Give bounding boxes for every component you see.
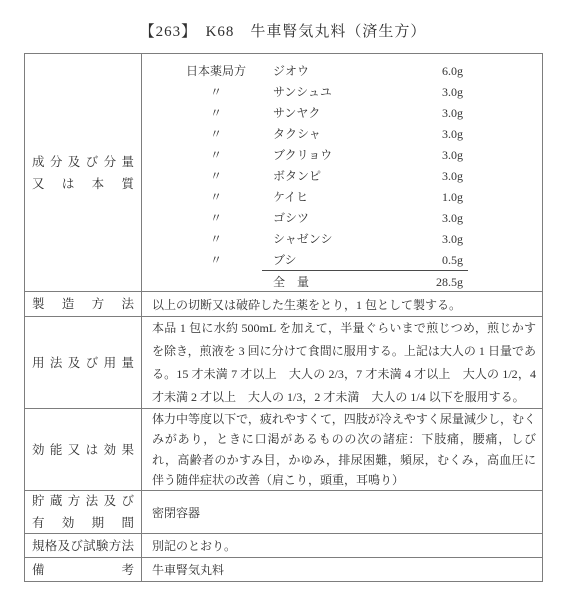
ingredient-amount: 3.0g [442,166,463,187]
table-row-usage: 用法及び用量 本品 1 包に水約 500mL を加えて，半量ぐらいまで煎じつめ，… [25,317,542,409]
ingredient-amount: 3.0g [442,103,463,124]
row-header-line: 備考 [32,559,134,581]
ingredient-row: 〃 ボタンピ 3.0g [142,166,542,187]
pharmacopoeia-label: 〃 [180,229,252,250]
ingredient-main: ゴシツ 3.0g [262,208,468,229]
ingredient-main: サンヤク 3.0g [262,103,468,124]
ingredient-name: シャゼンシ [273,229,442,250]
ingredient-main: ブシ 0.5g [262,250,468,271]
ingredient-amount: 0.5g [442,250,463,270]
ingredient-main: シャゼンシ 3.0g [262,229,468,250]
ingredient-main: タクシャ 3.0g [262,124,468,145]
ingredient-main: ケイヒ 1.0g [262,187,468,208]
usage-content: 本品 1 包に水約 500mL を加えて，半量ぐらいまで煎じつめ，煎じかすを除き… [142,317,542,408]
ingredient-main: ジオウ 6.0g [262,61,468,82]
row-header-storage: 貯蔵方法及び 有効期間 [25,491,142,533]
ingredient-row: 〃 ブシ 0.5g [142,250,542,271]
ingredient-name: タクシャ [273,124,442,145]
ingredients-total-row: 全 量 28.5g [142,272,542,293]
page-title: 【263】 K68 牛車腎気丸料（済生方） [0,20,566,41]
ingredient-name: ブクリョウ [273,145,442,166]
ingredient-row: 〃 シャゼンシ 3.0g [142,229,542,250]
ingredients-rows: 日本薬局方 ジオウ 6.0g 〃 サンシュユ 3.0g 〃 サンヤク [142,61,542,271]
pharmacopoeia-label: 〃 [180,208,252,229]
row-header-line: 用法及び用量 [32,352,134,374]
pharmacopoeia-label: 〃 [180,250,252,271]
table-row-storage: 貯蔵方法及び 有効期間 密閉容器 [25,491,542,534]
row-header-remarks: 備考 [25,558,142,581]
pharmacopoeia-label: 〃 [180,145,252,166]
table-row-efficacy: 効能又は効果 体力中等度以下で，疲れやすくて，四肢が冷えやすく尿量減少し，むくみ… [25,409,542,491]
ingredient-amount: 3.0g [442,145,463,166]
ingredient-amount: 3.0g [442,229,463,250]
row-header-standards: 規格及び試験方法 [25,534,142,557]
row-header-line: 規格及び試験方法 [32,535,134,557]
table-row-standards: 規格及び試験方法 別記のとおり。 [25,534,542,558]
row-header-usage: 用法及び用量 [25,317,142,408]
row-header-line: 成分及び分量 [32,151,134,173]
ingredient-name: ブシ [273,250,442,270]
ingredient-row: 〃 サンシュユ 3.0g [142,82,542,103]
ingredient-row: 日本薬局方 ジオウ 6.0g [142,61,542,82]
ingredient-name: ケイヒ [273,187,442,208]
standards-content: 別記のとおり。 [142,534,542,557]
ingredient-name: ボタンピ [273,166,442,187]
table-row-remarks: 備考 牛車腎気丸料 [25,558,542,581]
efficacy-content: 体力中等度以下で，疲れやすくて，四肢が冷えやすく尿量減少し，むくみがあり，ときに… [142,409,542,490]
row-header-line: 効能又は効果 [32,439,134,461]
pharmacopoeia-label: 日本薬局方 [180,61,252,82]
row-header-line: 貯蔵方法及び [32,490,134,512]
ingredient-amount: 3.0g [442,82,463,103]
row-header-line: 有効期間 [32,512,134,534]
pharmacopoeia-label: 〃 [180,187,252,208]
standards-text: 別記のとおり。 [142,534,542,557]
ingredient-name: ゴシツ [273,208,442,229]
pharmacopoeia-label: 〃 [180,103,252,124]
pharmacopoeia-label: 〃 [180,82,252,103]
ingredients-list: 日本薬局方 ジオウ 6.0g 〃 サンシュユ 3.0g 〃 サンヤク [142,54,542,291]
manufacturing-content: 以上の切断又は破砕した生薬をとり，1 包として製する。 [142,292,542,316]
ingredient-amount: 1.0g [442,187,463,208]
row-header-ingredients: 成分及び分量 又は本質 [25,54,142,291]
spec-table: 成分及び分量 又は本質 日本薬局方 ジオウ 6.0g 〃 サンシュユ 3.0g [24,53,543,582]
storage-text: 密閉容器 [142,491,542,533]
row-header-line: 又は本質 [32,173,134,195]
ingredient-name: サンヤク [273,103,442,124]
row-header-efficacy: 効能又は効果 [25,409,142,490]
manufacturing-text: 以上の切断又は破砕した生薬をとり，1 包として製する。 [142,292,542,316]
storage-content: 密閉容器 [142,491,542,533]
ingredient-row: 〃 サンヤク 3.0g [142,103,542,124]
row-header-line: 製造方法 [32,293,134,315]
row-header-manufacturing: 製造方法 [25,292,142,316]
ingredient-name: ジオウ [273,61,442,82]
efficacy-text: 体力中等度以下で，疲れやすくて，四肢が冷えやすく尿量減少し，むくみがあり，ときに… [152,409,536,491]
ingredient-main: ボタンピ 3.0g [262,166,468,187]
ingredient-row: 〃 ゴシツ 3.0g [142,208,542,229]
ingredient-row: 〃 ブクリョウ 3.0g [142,145,542,166]
ingredient-name: サンシュユ [273,82,442,103]
usage-text: 本品 1 包に水約 500mL を加えて，半量ぐらいまで煎じつめ，煎じかすを除き… [152,317,536,409]
remarks-text: 牛車腎気丸料 [142,558,542,581]
table-row-ingredients: 成分及び分量 又は本質 日本薬局方 ジオウ 6.0g 〃 サンシュユ 3.0g [25,54,542,292]
total-label: 全 量 [273,272,436,293]
remarks-content: 牛車腎気丸料 [142,558,542,581]
table-row-manufacturing: 製造方法 以上の切断又は破砕した生薬をとり，1 包として製する。 [25,292,542,317]
pharmacopoeia-label: 〃 [180,166,252,187]
pharmacopoeia-label-empty [180,272,252,293]
ingredient-amount: 6.0g [442,61,463,82]
ingredient-row: 〃 ケイヒ 1.0g [142,187,542,208]
ingredient-amount: 3.0g [442,208,463,229]
ingredient-main: 全 量 28.5g [262,272,468,293]
pharmacopoeia-label: 〃 [180,124,252,145]
ingredient-main: サンシュユ 3.0g [262,82,468,103]
total-amount: 28.5g [436,272,463,293]
ingredient-main: ブクリョウ 3.0g [262,145,468,166]
ingredient-row: 〃 タクシャ 3.0g [142,124,542,145]
ingredient-amount: 3.0g [442,124,463,145]
